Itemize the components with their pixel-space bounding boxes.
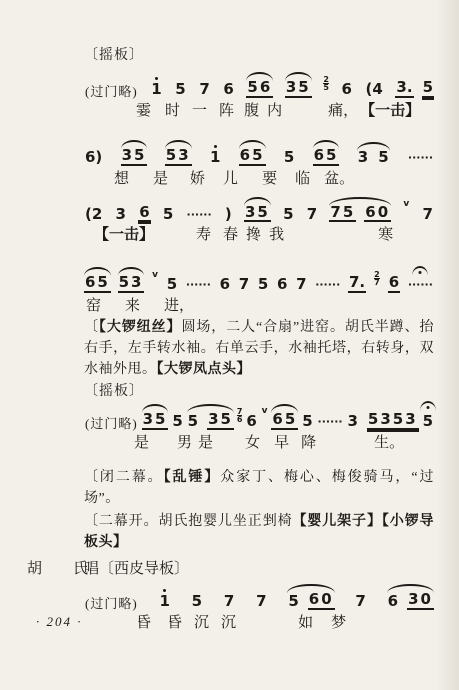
percussion-cue: 【一击】 — [360, 102, 420, 120]
notation-block: 6553v5······67567······7.276······窑来进， — [84, 263, 434, 315]
stage-text: 〔 — [84, 320, 99, 335]
stage-text: 〔闭二幕。 — [84, 470, 164, 485]
music-note: 35 — [244, 205, 271, 223]
lyric-syllable: 要 — [262, 170, 277, 188]
interlude-omitted-note: (过门略) — [84, 597, 139, 611]
music-note: 5 — [166, 277, 178, 293]
lyric-syllable: 我 — [269, 226, 284, 244]
fermata-note: 5 — [422, 414, 434, 430]
interlude-omitted-note: (过门略) — [84, 417, 139, 431]
continuation-dots: ······ — [317, 416, 344, 428]
lyric-syllable: 腹 — [244, 102, 259, 120]
music-note: 65 — [239, 148, 266, 166]
music-note: 6 — [138, 205, 150, 223]
music-note: 7 — [198, 82, 210, 98]
music-note: 75 — [329, 205, 356, 223]
percussion-pattern: 【大锣凤点头】 — [157, 362, 252, 377]
music-note: 1 — [209, 150, 221, 166]
music-note: 6 — [388, 275, 400, 293]
note-group: 35353 — [346, 412, 418, 430]
notation-line: (过门略)15775607630 — [84, 580, 434, 610]
lyric-syllable: 女 — [245, 434, 260, 452]
notation-block: (过门略)15765635256(43.5霎时一阵腹内痛，【一击】 — [84, 68, 434, 120]
lyric-syllable: 窑 — [86, 297, 101, 315]
lyric-syllable: 寿 — [196, 226, 211, 244]
lyric-syllable: 梦 — [331, 614, 346, 632]
lyric-syllable: 生。 — [374, 434, 404, 452]
grace-notes: 27 — [374, 271, 380, 286]
music-note: 6 — [222, 82, 234, 98]
grace-note-lower: 7 — [374, 279, 380, 286]
music-note: 35 — [142, 412, 169, 430]
music-note: 5 — [377, 150, 389, 166]
speaker-cue: 唱〔西皮导板〕 — [84, 561, 189, 577]
music-note: 3 — [346, 414, 358, 430]
lyrics-line: 想是娇儿要临盆。 — [84, 170, 434, 188]
continuation-dots: ······ — [314, 279, 341, 291]
music-note: (4 — [365, 82, 384, 98]
music-note: 6 — [245, 414, 257, 430]
music-note: 5 — [162, 207, 174, 223]
grace-notes: 25 — [323, 76, 329, 91]
lyric-syllable: 盆。 — [324, 170, 354, 188]
breath-mark: v — [402, 200, 410, 209]
music-note: 35 — [121, 148, 148, 166]
lyrics-line: 是男是女早降生。 — [84, 434, 434, 452]
music-note: 5353 — [367, 412, 419, 430]
music-note: 6 — [387, 594, 399, 610]
note-group: 535 — [187, 412, 234, 430]
music-note: 5 — [174, 82, 186, 98]
music-note: 60 — [308, 592, 335, 610]
music-note: 5 — [191, 594, 203, 610]
note-group: 35 — [357, 150, 390, 166]
lyric-syllable: 昏 — [167, 614, 182, 632]
lyric-syllable: 是 — [153, 170, 168, 188]
note-group: 7.276 — [348, 275, 400, 293]
lyric-syllable: 如 — [298, 614, 313, 632]
note-group: 3.5 — [395, 80, 434, 98]
music-note: 7 — [306, 207, 318, 223]
music-note: 5 — [287, 594, 299, 610]
continuation-dots: ······ — [186, 209, 213, 221]
lyric-syllable: 阵 — [219, 102, 234, 120]
music-note: 3 — [357, 150, 369, 166]
music-note: 65 — [313, 148, 340, 166]
score-content: 〔摇板〕(过门略)15765635256(43.5霎时一阵腹内痛，【一击】6)3… — [84, 44, 434, 632]
stage-direction: 〔闭二幕。【乱锤】众家丁、梅心、梅俊骑马，“过场”。 — [84, 467, 434, 509]
music-note: 3 — [115, 207, 127, 223]
lyric-syllable: 临 — [295, 170, 310, 188]
notation-line: (过门略)355535766v655······353535 — [84, 400, 434, 430]
music-note: 65 — [271, 412, 298, 430]
lyric-syllable: 寒 — [378, 226, 393, 244]
notation-block: (过门略)15775607630昏昏沉沉如梦 — [84, 580, 434, 632]
banshi-label: 〔摇板〕 — [84, 44, 434, 64]
music-note: 35 — [285, 80, 312, 98]
lyric-syllable: 春 — [223, 226, 238, 244]
lyrics-line: 【一击】寿春搀我寒 — [84, 226, 434, 244]
lyric-syllable: 降 — [301, 434, 316, 452]
music-note: 53 — [165, 148, 192, 166]
music-note: 6 — [276, 277, 288, 293]
continuation-dots: ······ — [407, 152, 434, 164]
lyric-syllable: 昏 — [136, 614, 151, 632]
lyric-syllable: 霎 — [136, 102, 151, 120]
music-note: 56 — [246, 80, 273, 98]
music-note: (2 — [84, 207, 103, 223]
continuation-dots: ······ — [185, 279, 212, 291]
page-number: · 204 · — [36, 614, 83, 630]
lyrics-line: 霎时一阵腹内痛，【一击】 — [84, 102, 434, 120]
lyric-syllable: 时 — [165, 102, 180, 120]
lyrics-line: 窑来进， — [84, 297, 434, 315]
note-group: 560 — [287, 592, 334, 610]
music-note: 65 — [84, 275, 111, 293]
music-note: 6 — [219, 277, 231, 293]
lyric-syllable: 痛， — [328, 102, 358, 120]
notation-line: (2365······)35577560v7 — [84, 193, 434, 223]
note-group: 630 — [387, 592, 434, 610]
stage-direction: 〔【大锣纽丝】圆场，二人“合扇”进窑。胡氏半蹲、抬右手，左手转水袖。右单云手，水… — [84, 317, 434, 380]
music-note: 7 — [354, 594, 366, 610]
music-note: 35 — [207, 412, 234, 430]
notation-block: 6)355316556535······想是娇儿要临盆。 — [84, 136, 434, 188]
breath-mark: v — [151, 271, 159, 280]
speaker-line: 胡 氏唱〔西皮导板〕 — [84, 557, 434, 578]
note-group: 7560 — [329, 205, 391, 223]
music-note: 1 — [150, 82, 162, 98]
music-note: 6) — [84, 150, 103, 166]
lyric-syllable: 是 — [198, 434, 213, 452]
music-note: 5 — [283, 150, 295, 166]
breath-mark: v — [261, 407, 269, 416]
music-note: 5 — [422, 80, 434, 98]
lyrics-line: 昏昏沉沉如梦 — [84, 614, 434, 632]
notation-block: (过门略)355535766v655······353535是男是女早降生。 — [84, 400, 434, 452]
grace-note-lower: 6 — [237, 416, 243, 423]
percussion-pattern: 【大锣纽丝】 — [99, 320, 182, 335]
banshi-label: 〔摇板〕 — [84, 380, 434, 400]
lyric-syllable: 来 — [125, 297, 140, 315]
lyric-syllable: 沉 — [194, 614, 209, 632]
music-note: 60 — [364, 205, 391, 223]
continuation-dots: ······ — [407, 279, 434, 291]
music-note: 5 — [171, 414, 183, 430]
lyric-syllable: 内 — [267, 102, 282, 120]
music-note: 5 — [257, 277, 269, 293]
interlude-omitted-note: (过门略) — [84, 85, 139, 99]
music-note: 7 — [223, 594, 235, 610]
lyric-syllable: 早 — [274, 434, 289, 452]
music-note: 7 — [255, 594, 267, 610]
notation-block: (2365······)35577560v7【一击】寿春搀我寒 — [84, 193, 434, 245]
music-note: ) — [224, 207, 233, 223]
music-note: 3. — [395, 80, 413, 98]
music-note: 5 — [301, 414, 313, 430]
music-note: 7 — [238, 277, 250, 293]
notation-line: (过门略)15765635256(43.5 — [84, 68, 434, 98]
lyric-syllable: 男 — [177, 434, 192, 452]
music-note: 7. — [348, 275, 366, 293]
music-note: 53 — [118, 275, 145, 293]
lyric-syllable: 是 — [134, 434, 149, 452]
music-note: 7 — [422, 207, 434, 223]
grace-notes: 76 — [237, 408, 243, 423]
grace-note-lower: 5 — [323, 84, 329, 91]
lyric-syllable: 儿 — [223, 170, 238, 188]
percussion-cue: 【一击】 — [94, 226, 154, 244]
lyric-syllable: 一 — [192, 102, 207, 120]
percussion-pattern: 【乱锤】 — [164, 470, 221, 485]
music-note: 7 — [295, 277, 307, 293]
lyric-syllable: 娇 — [190, 170, 205, 188]
notation-line: 6553v5······67567······7.276······ — [84, 263, 434, 293]
lyric-syllable: 想 — [114, 170, 129, 188]
book-page: 〔摇板〕(过门略)15765635256(43.5霎时一阵腹内痛，【一击】6)3… — [0, 0, 459, 690]
lyric-syllable: 沉 — [221, 614, 236, 632]
music-note: 5 — [282, 207, 294, 223]
lyric-syllable: 进， — [164, 297, 194, 315]
stage-direction: 〔二幕开。胡氏抱婴儿坐正剉椅【婴儿架子】【小锣导板头】 — [84, 511, 434, 553]
lyric-syllable: 搀 — [246, 226, 261, 244]
music-note: 6 — [341, 82, 353, 98]
speaker-name: 胡 氏 — [27, 557, 96, 578]
music-note: 30 — [407, 592, 434, 610]
music-note: 5 — [187, 414, 199, 430]
stage-text: 〔二幕开。胡氏抱婴儿坐正剉椅 — [84, 514, 292, 529]
music-note: 1 — [158, 594, 170, 610]
notation-line: 6)355316556535······ — [84, 136, 434, 166]
